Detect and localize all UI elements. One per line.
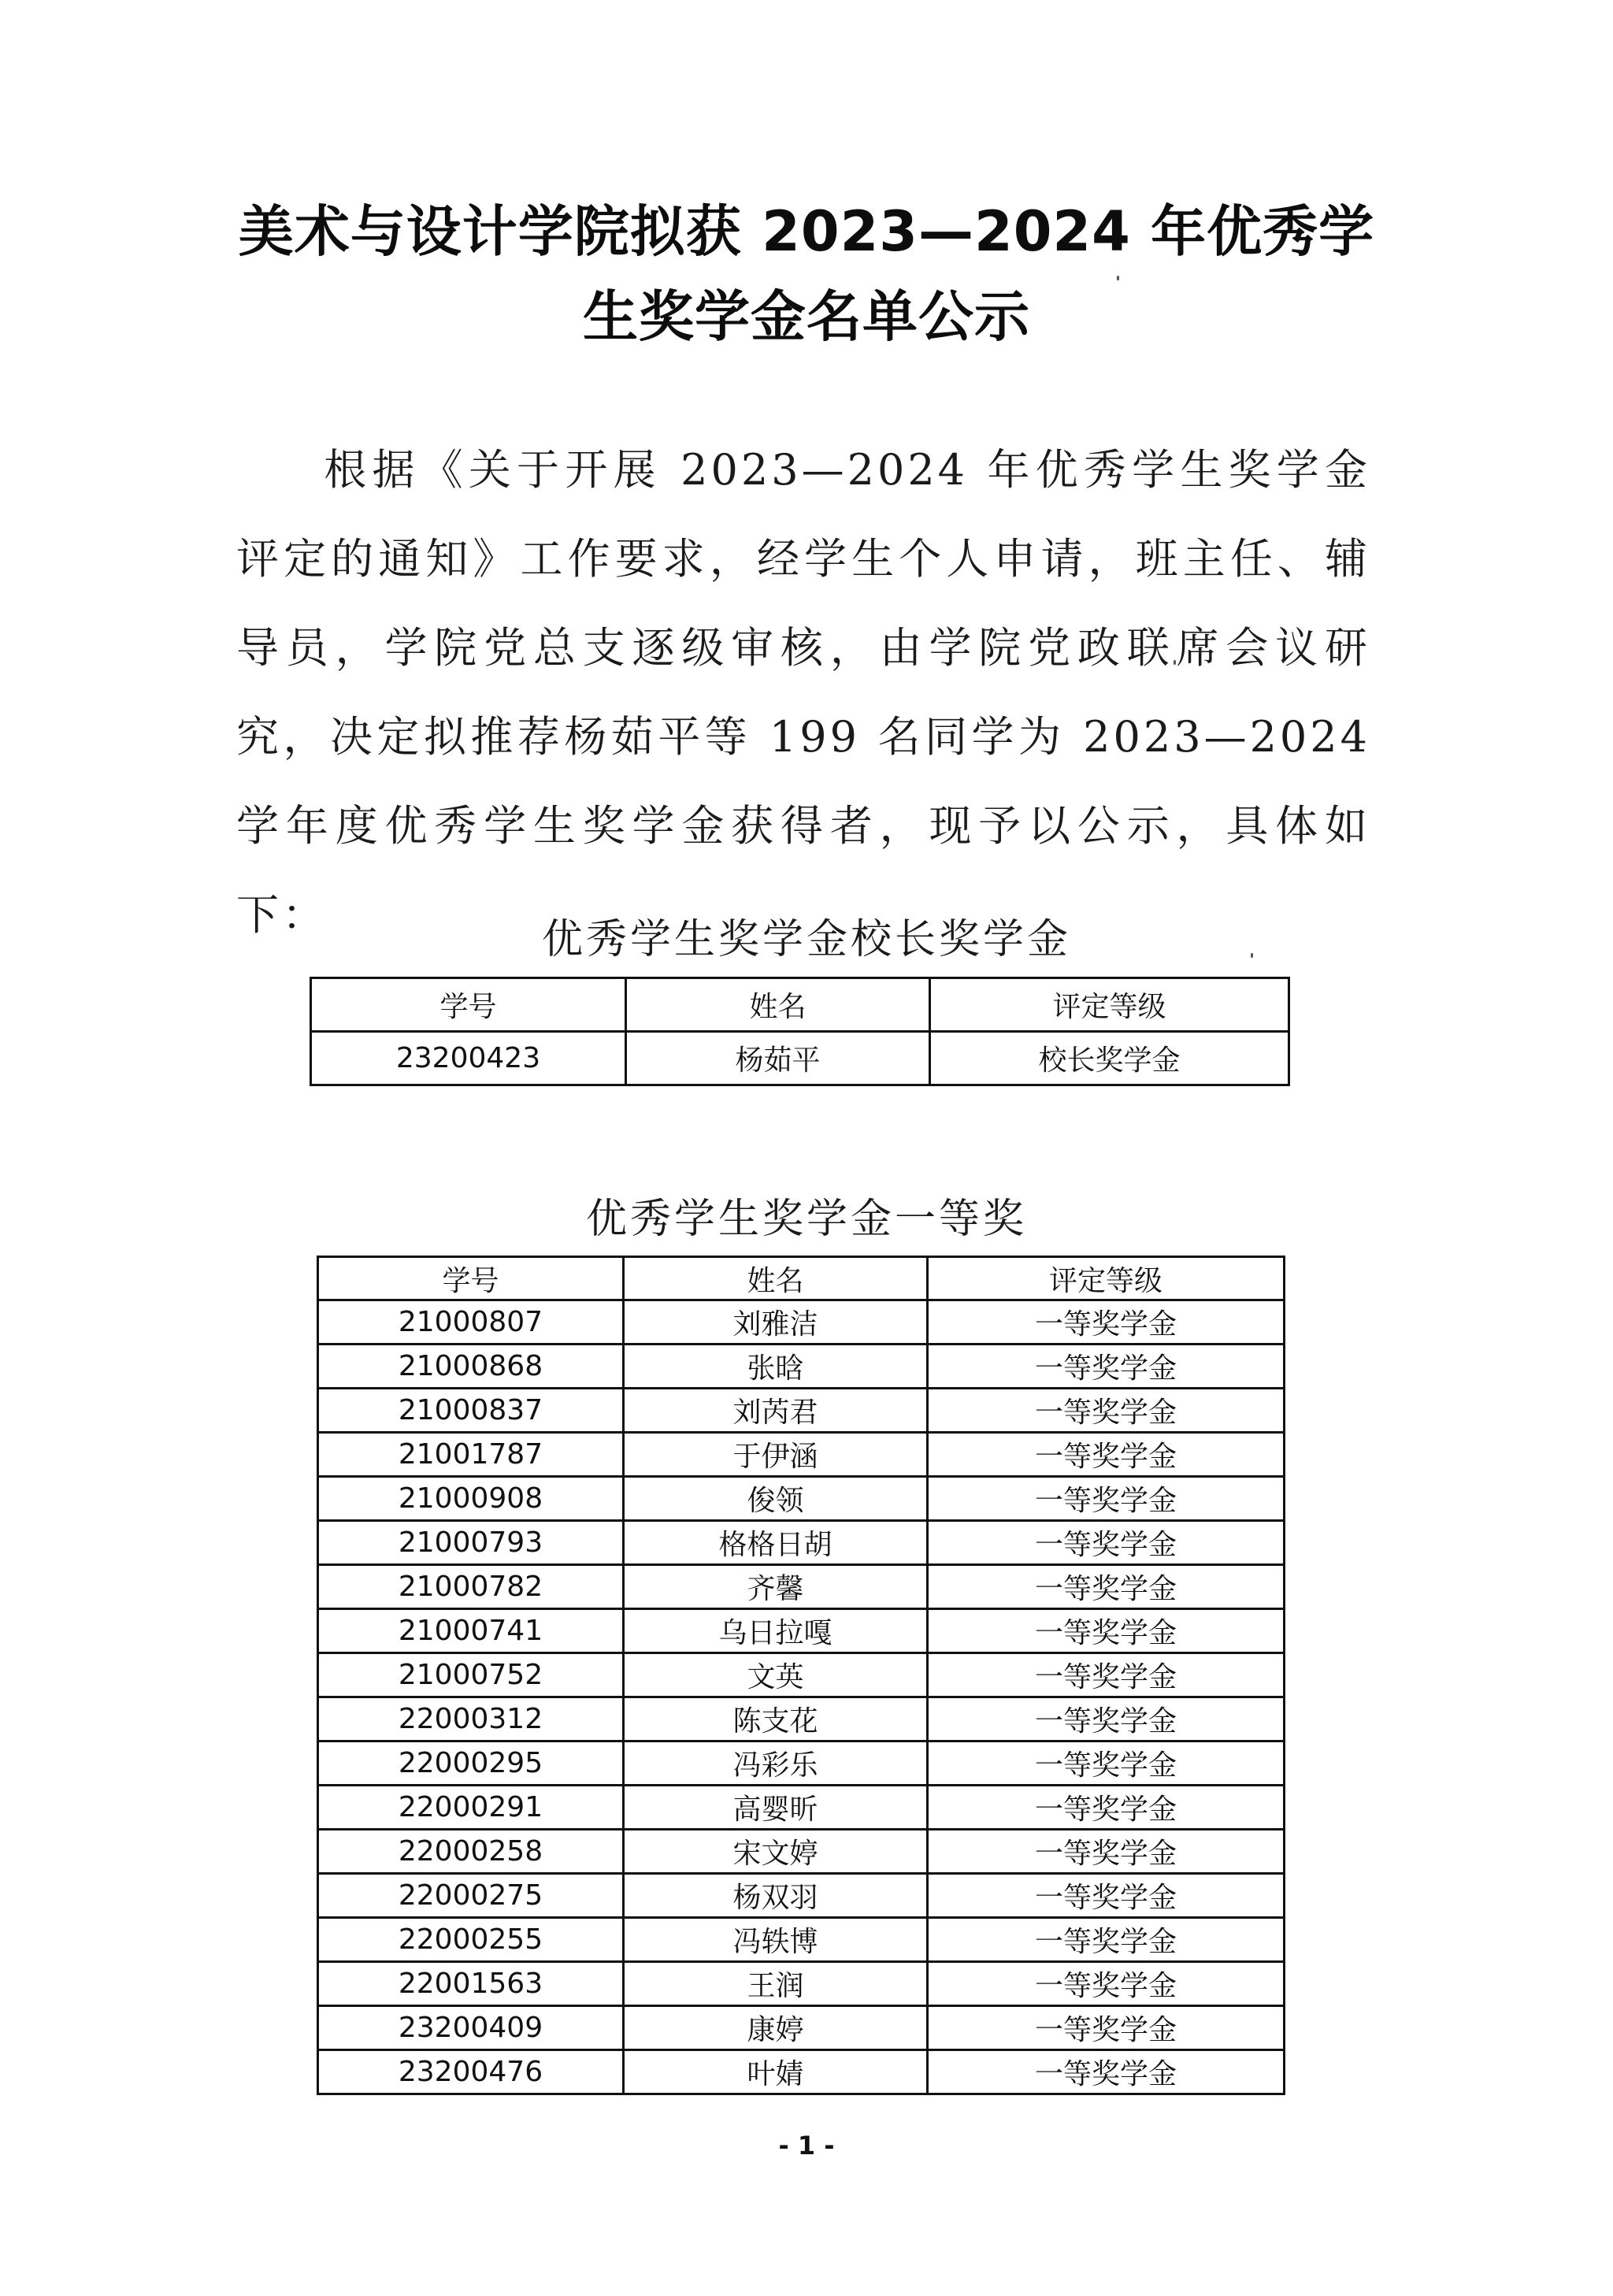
student-name: 乌日拉嘎: [624, 1609, 928, 1653]
student-name: 冯彩乐: [624, 1741, 928, 1786]
student-name: 陈支花: [624, 1697, 928, 1741]
scan-speck: [1251, 953, 1253, 958]
award-level: 一等奖学金: [928, 1697, 1285, 1741]
student-id: 22001563: [318, 1962, 624, 2006]
student-id: 21000782: [318, 1565, 624, 1609]
award-level: 校长奖学金: [930, 1032, 1289, 1085]
student-id: 21001787: [318, 1433, 624, 1477]
student-name: 杨茹平: [626, 1032, 930, 1085]
award-level: 一等奖学金: [928, 1741, 1285, 1786]
student-id: 23200409: [318, 2006, 624, 2050]
principal-award-table: 学号 姓名 评定等级 23200423 杨茹平 校长奖学金: [310, 977, 1290, 1086]
student-id: 22000255: [318, 1918, 624, 1962]
table-row: 23200476叶婧一等奖学金: [318, 2050, 1285, 2094]
principal-award-title: 优秀学生奖学金校长奖学金: [0, 906, 1613, 965]
column-header-name: 姓名: [626, 978, 930, 1032]
table-row: 21000908俊领一等奖学金: [318, 1477, 1285, 1521]
award-level: 一等奖学金: [928, 1609, 1285, 1653]
column-header-id: 学号: [311, 978, 626, 1032]
table-row: 22000291高婴昕一等奖学金: [318, 1786, 1285, 1830]
table-header-row: 学号 姓名 评定等级: [311, 978, 1289, 1032]
table-row: 21000752文英一等奖学金: [318, 1653, 1285, 1697]
table-row: 22001563王润一等奖学金: [318, 1962, 1285, 2006]
student-id: 21000752: [318, 1653, 624, 1697]
award-level: 一等奖学金: [928, 1874, 1285, 1918]
student-name: 杨双羽: [624, 1874, 928, 1918]
student-name: 冯轶博: [624, 1918, 928, 1962]
column-header-id: 学号: [318, 1257, 624, 1300]
award-level: 一等奖学金: [928, 1565, 1285, 1609]
award-level: 一等奖学金: [928, 1962, 1285, 2006]
student-id: 22000258: [318, 1830, 624, 1874]
table-row: 23200409康婷一等奖学金: [318, 2006, 1285, 2050]
student-name: 叶婧: [624, 2050, 928, 2094]
table-row: 22000258宋文婷一等奖学金: [318, 1830, 1285, 1874]
student-id: 21000868: [318, 1345, 624, 1389]
student-name: 于伊涵: [624, 1433, 928, 1477]
table-row: 21000793格格日胡一等奖学金: [318, 1521, 1285, 1565]
award-level: 一等奖学金: [928, 2006, 1285, 2050]
student-id: 22000312: [318, 1697, 624, 1741]
award-level: 一等奖学金: [928, 1345, 1285, 1389]
award-level: 一等奖学金: [928, 2050, 1285, 2094]
intro-text: 根据《关于开展 2023—2024 年优秀学生奖学金评定的通知》工作要求，经学生…: [236, 445, 1370, 940]
column-header-level: 评定等级: [928, 1257, 1285, 1300]
student-id: 23200476: [318, 2050, 624, 2094]
table-row: 21000782齐馨一等奖学金: [318, 1565, 1285, 1609]
award-level: 一等奖学金: [928, 1389, 1285, 1433]
award-level: 一等奖学金: [928, 1653, 1285, 1697]
table-row: 21000741乌日拉嘎一等奖学金: [318, 1609, 1285, 1653]
student-id: 21000793: [318, 1521, 624, 1565]
student-name: 格格日胡: [624, 1521, 928, 1565]
table-row: 22000312陈支花一等奖学金: [318, 1697, 1285, 1741]
award-level: 一等奖学金: [928, 1918, 1285, 1962]
award-level: 一等奖学金: [928, 1521, 1285, 1565]
award-level: 一等奖学金: [928, 1300, 1285, 1345]
scan-speck: [1117, 276, 1119, 280]
student-id: 21000741: [318, 1609, 624, 1653]
student-name: 王润: [624, 1962, 928, 2006]
student-name: 张晗: [624, 1345, 928, 1389]
award-level: 一等奖学金: [928, 1433, 1285, 1477]
student-id: 21000837: [318, 1389, 624, 1433]
student-name: 刘雅洁: [624, 1300, 928, 1345]
table-row: 22000275杨双羽一等奖学金: [318, 1874, 1285, 1918]
student-id: 23200423: [311, 1032, 626, 1085]
student-name: 宋文婷: [624, 1830, 928, 1874]
student-id: 21000908: [318, 1477, 624, 1521]
student-id: 22000275: [318, 1874, 624, 1918]
table-row: 22000255冯轶博一等奖学金: [318, 1918, 1285, 1962]
table-header-row: 学号 姓名 评定等级: [318, 1257, 1285, 1300]
document-title: 美术与设计学院拟获 2023—2024 年优秀学 生奖学金名单公示: [0, 189, 1613, 359]
award-level: 一等奖学金: [928, 1477, 1285, 1521]
student-name: 高婴昕: [624, 1786, 928, 1830]
column-header-name: 姓名: [624, 1257, 928, 1300]
intro-paragraph: 根据《关于开展 2023—2024 年优秀学生奖学金评定的通知》工作要求，经学生…: [236, 425, 1370, 959]
student-name: 俊领: [624, 1477, 928, 1521]
table-row: 22000295冯彩乐一等奖学金: [318, 1741, 1285, 1786]
table-row: 21000837刘芮君一等奖学金: [318, 1389, 1285, 1433]
student-id: 22000295: [318, 1741, 624, 1786]
table-row: 23200423 杨茹平 校长奖学金: [311, 1032, 1289, 1085]
student-name: 文英: [624, 1653, 928, 1697]
award-level: 一等奖学金: [928, 1786, 1285, 1830]
student-name: 康婷: [624, 2006, 928, 2050]
student-id: 22000291: [318, 1786, 624, 1830]
table-row: 21001787于伊涵一等奖学金: [318, 1433, 1285, 1477]
table-row: 21000807刘雅洁一等奖学金: [318, 1300, 1285, 1345]
table-row: 21000868张晗一等奖学金: [318, 1345, 1285, 1389]
title-line-1: 美术与设计学院拟获 2023—2024 年优秀学: [0, 189, 1613, 274]
student-name: 刘芮君: [624, 1389, 928, 1433]
student-name: 齐馨: [624, 1565, 928, 1609]
title-line-2: 生奖学金名单公示: [0, 274, 1613, 359]
first-class-table: 学号 姓名 评定等级 21000807刘雅洁一等奖学金21000868张晗一等奖…: [317, 1256, 1285, 2095]
page-number: - 1 -: [0, 2131, 1613, 2161]
scan-speck: [1174, 660, 1176, 665]
first-class-title: 优秀学生奖学金一等奖: [0, 1185, 1613, 1244]
student-id: 21000807: [318, 1300, 624, 1345]
award-level: 一等奖学金: [928, 1830, 1285, 1874]
column-header-level: 评定等级: [930, 978, 1289, 1032]
